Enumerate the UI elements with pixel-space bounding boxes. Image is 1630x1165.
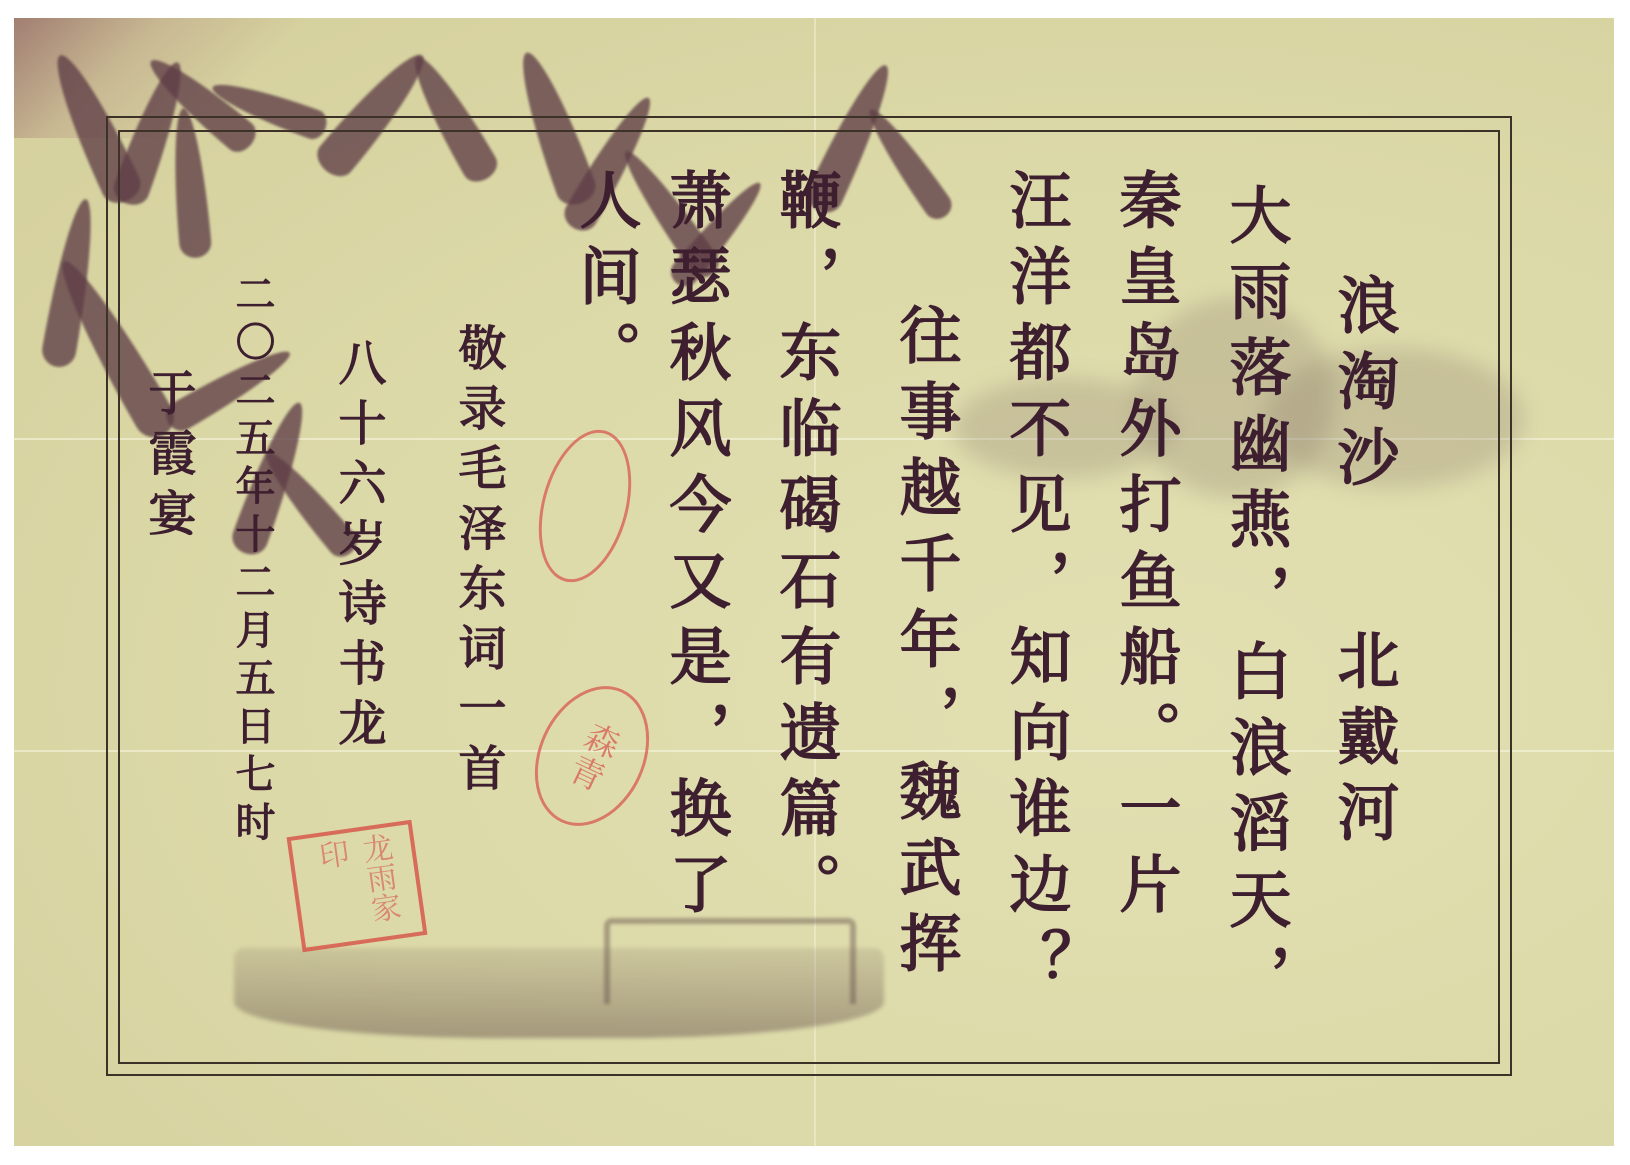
inscription-column-2: 八十六岁诗书龙 — [334, 338, 382, 758]
inscription-date: 二〇二五年十二月五日七时 — [232, 273, 272, 849]
poem-tune-title: 浪淘沙 — [1332, 273, 1394, 501]
poem-column-1: 大雨落幽燕，白浪滔天， — [1224, 183, 1286, 1019]
poem-column-4: 往事越千年，魏武挥 — [894, 303, 956, 987]
poem-column-6: 萧瑟秋风今又是，换了 — [664, 168, 726, 928]
inscription-column-1: 敬录毛泽东词一首 — [454, 323, 502, 803]
poem-column-2: 秦皇岛外打鱼船。一片 — [1114, 168, 1176, 928]
letter-paper: 浪淘沙 北戴河 大雨落幽燕，白浪滔天， 秦皇岛外打鱼船。一片 汪洋都不见，知向谁… — [14, 18, 1614, 1146]
poem-column-7: 人间。 — [574, 168, 636, 396]
inscription-location: 于霞宴 — [144, 368, 192, 548]
poem-column-3: 汪洋都不见，知向谁边？ — [1004, 168, 1066, 1004]
poem-column-5: 鞭，东临碣石有遗篇。 — [774, 168, 836, 928]
poem-subtitle: 北戴河 — [1332, 628, 1394, 856]
square-seal: 龙雨家印 — [287, 820, 428, 952]
